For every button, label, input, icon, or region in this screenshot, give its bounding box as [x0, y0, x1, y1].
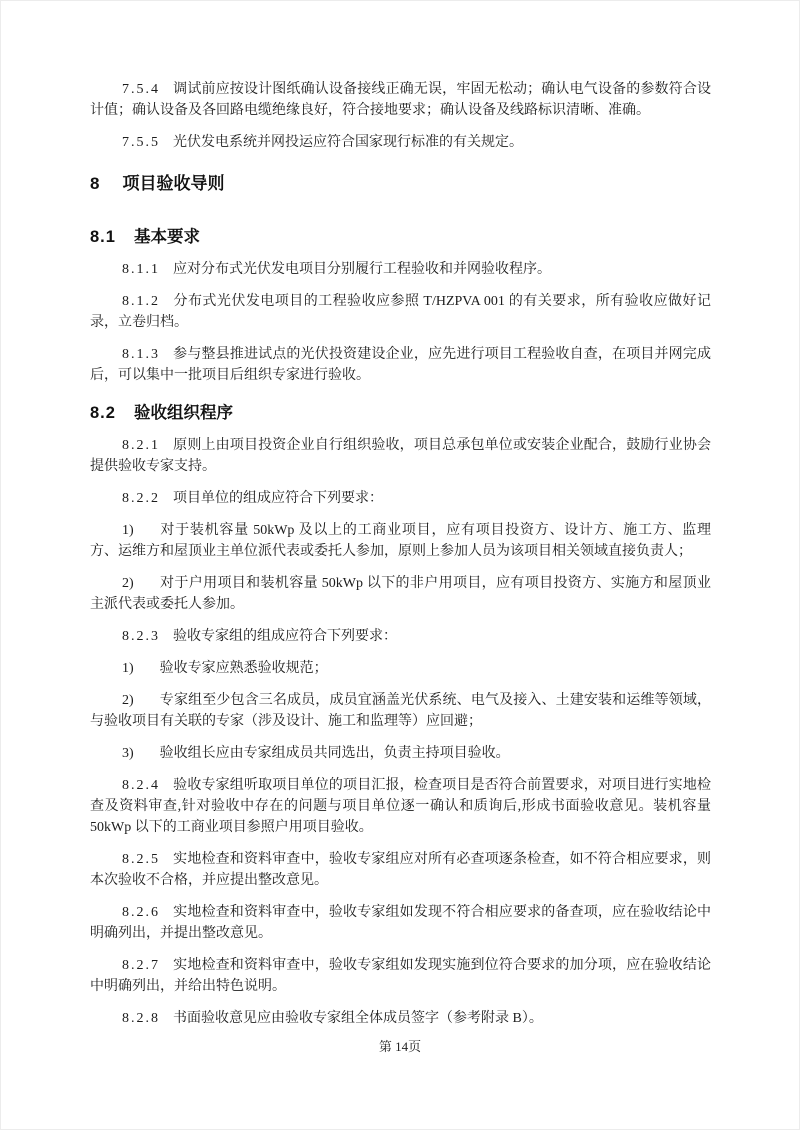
clause-number: 8.2 — [90, 404, 116, 422]
list-item: 3)验收组长应由专家组成员共同选出，负责主持项目验收。 — [90, 743, 711, 764]
section-heading: 8.1基本要求 — [90, 224, 711, 250]
clause-number: 7.5.5 — [122, 135, 160, 150]
clause-number: 8.2.7 — [122, 958, 160, 973]
clause-text: 验收专家应熟悉验收规范； — [160, 661, 328, 676]
clause-number: 1) — [122, 523, 134, 538]
clause-text: 验收组长应由专家组成员共同选出，负责主持项目验收。 — [160, 746, 510, 761]
clause-number: 2) — [122, 576, 134, 591]
clause-paragraph: 8.2.4验收专家组听取项目单位的项目汇报，检查项目是否符合前置要求，对项目进行… — [90, 775, 711, 838]
clause-paragraph: 8.1.1应对分布式光伏发电项目分别履行工程验收和并网验收程序。 — [90, 259, 711, 280]
clause-text: 原则上由项目投资企业自行组织验收，项目总承包单位或安装企业配合，鼓励行业协会提供… — [90, 438, 711, 474]
clause-text: 项目单位的组成应符合下列要求： — [173, 491, 383, 506]
clause-number: 8.1.3 — [122, 347, 160, 362]
clause-paragraph: 8.2.6实地检查和资料审查中，验收专家组如发现不符合相应要求的备查项，应在验收… — [90, 902, 711, 944]
clause-paragraph: 8.2.1原则上由项目投资企业自行组织验收，项目总承包单位或安装企业配合，鼓励行… — [90, 435, 711, 477]
clause-text: 验收专家组的组成应符合下列要求： — [173, 629, 397, 644]
clause-paragraph: 8.1.3参与整县推进试点的光伏投资建设企业，应先进行项目工程验收自查，在项目并… — [90, 344, 711, 386]
clause-text: 实地检查和资料审查中，验收专家组如发现不符合相应要求的备查项，应在验收结论中明确… — [90, 905, 711, 941]
clause-text: 应对分布式光伏发电项目分别履行工程验收和并网验收程序。 — [173, 262, 551, 277]
clause-text: 调试前应按设计图纸确认设备接线正确无误，牢固无松动；确认电气设备的参数符合设计值… — [90, 82, 711, 118]
clause-paragraph: 8.2.2项目单位的组成应符合下列要求： — [90, 488, 711, 509]
clause-number: 3) — [122, 746, 134, 761]
clause-number: 8.1 — [90, 228, 116, 246]
clause-text: 基本要求 — [134, 228, 200, 246]
clause-number: 8.1.1 — [122, 262, 160, 277]
clause-paragraph: 8.2.5实地检查和资料审查中，验收专家组应对所有必查项逐条检查，如不符合相应要… — [90, 849, 711, 891]
clause-text: 实地检查和资料审查中，验收专家组应对所有必查项逐条检查，如不符合相应要求，则本次… — [90, 852, 711, 888]
clause-text: 参与整县推进试点的光伏投资建设企业，应先进行项目工程验收自查，在项目并网完成后，… — [90, 347, 711, 383]
clause-number: 1) — [122, 661, 134, 676]
document-page: 7.5.4调试前应按设计图纸确认设备接线正确无误，牢固无松动；确认电气设备的参数… — [0, 0, 800, 1130]
clause-paragraph: 8.2.7实地检查和资料审查中，验收专家组如发现实施到位符合要求的加分项，应在验… — [90, 955, 711, 997]
clause-paragraph: 8.1.2分布式光伏发电项目的工程验收应参照 T/HZPVA 001 的有关要求… — [90, 291, 711, 333]
clause-text: 对于装机容量 50kWp 及以上的工商业项目，应有项目投资方、设计方、施工方、监… — [90, 523, 711, 559]
clause-paragraph: 7.5.5光伏发电系统并网投运应符合国家现行标准的有关规定。 — [90, 132, 711, 153]
list-item: 2)对于户用项目和装机容量 50kWp 以下的非户用项目，应有项目投资方、实施方… — [90, 573, 711, 615]
clause-number: 8.2.4 — [122, 778, 160, 793]
clause-number: 8.2.6 — [122, 905, 160, 920]
clause-paragraph: 8.2.3验收专家组的组成应符合下列要求： — [90, 626, 711, 647]
section-heading: 8.2验收组织程序 — [90, 400, 711, 426]
chapter-heading: 8项目验收导则 — [90, 171, 711, 197]
clause-number: 8.2.1 — [122, 438, 160, 453]
clause-paragraph: 8.2.8书面验收意见应由验收专家组全体成员签字（参考附录 B）。 — [90, 1008, 711, 1029]
clause-number: 8 — [90, 174, 100, 193]
list-item: 1)验收专家应熟悉验收规范； — [90, 658, 711, 679]
clause-text: 对于户用项目和装机容量 50kWp 以下的非户用项目，应有项目投资方、实施方和屋… — [90, 576, 711, 612]
clause-number: 8.2.8 — [122, 1011, 160, 1026]
document-body: 7.5.4调试前应按设计图纸确认设备接线正确无误，牢固无松动；确认电气设备的参数… — [90, 1, 711, 1040]
clause-text: 书面验收意见应由验收专家组全体成员签字（参考附录 B）。 — [173, 1011, 543, 1026]
clause-number: 7.5.4 — [122, 82, 160, 97]
clause-text: 实地检查和资料审查中，验收专家组如发现实施到位符合要求的加分项，应在验收结论中明… — [90, 958, 711, 994]
clause-text: 验收组织程序 — [134, 404, 233, 422]
clause-text: 项目验收导则 — [122, 174, 224, 193]
clause-number: 2) — [122, 693, 134, 708]
page-footer: 第 14页 — [1, 1037, 799, 1057]
clause-number: 8.1.2 — [122, 294, 160, 309]
clause-text: 专家组至少包含三名成员，成员宜涵盖光伏系统、电气及接入、土建安装和运维等领域，与… — [90, 693, 711, 729]
clause-number: 8.2.5 — [122, 852, 160, 867]
page-number: 第 14页 — [379, 1039, 421, 1054]
clause-number: 8.2.2 — [122, 491, 160, 506]
list-item: 2)专家组至少包含三名成员，成员宜涵盖光伏系统、电气及接入、土建安装和运维等领域… — [90, 690, 711, 732]
clause-text: 光伏发电系统并网投运应符合国家现行标准的有关规定。 — [173, 135, 523, 150]
clause-paragraph: 7.5.4调试前应按设计图纸确认设备接线正确无误，牢固无松动；确认电气设备的参数… — [90, 79, 711, 121]
clause-text: 分布式光伏发电项目的工程验收应参照 T/HZPVA 001 的有关要求，所有验收… — [90, 294, 711, 330]
clause-number: 8.2.3 — [122, 629, 160, 644]
clause-text: 验收专家组听取项目单位的项目汇报，检查项目是否符合前置要求，对项目进行实地检查及… — [90, 778, 711, 835]
list-item: 1)对于装机容量 50kWp 及以上的工商业项目，应有项目投资方、设计方、施工方… — [90, 520, 711, 562]
